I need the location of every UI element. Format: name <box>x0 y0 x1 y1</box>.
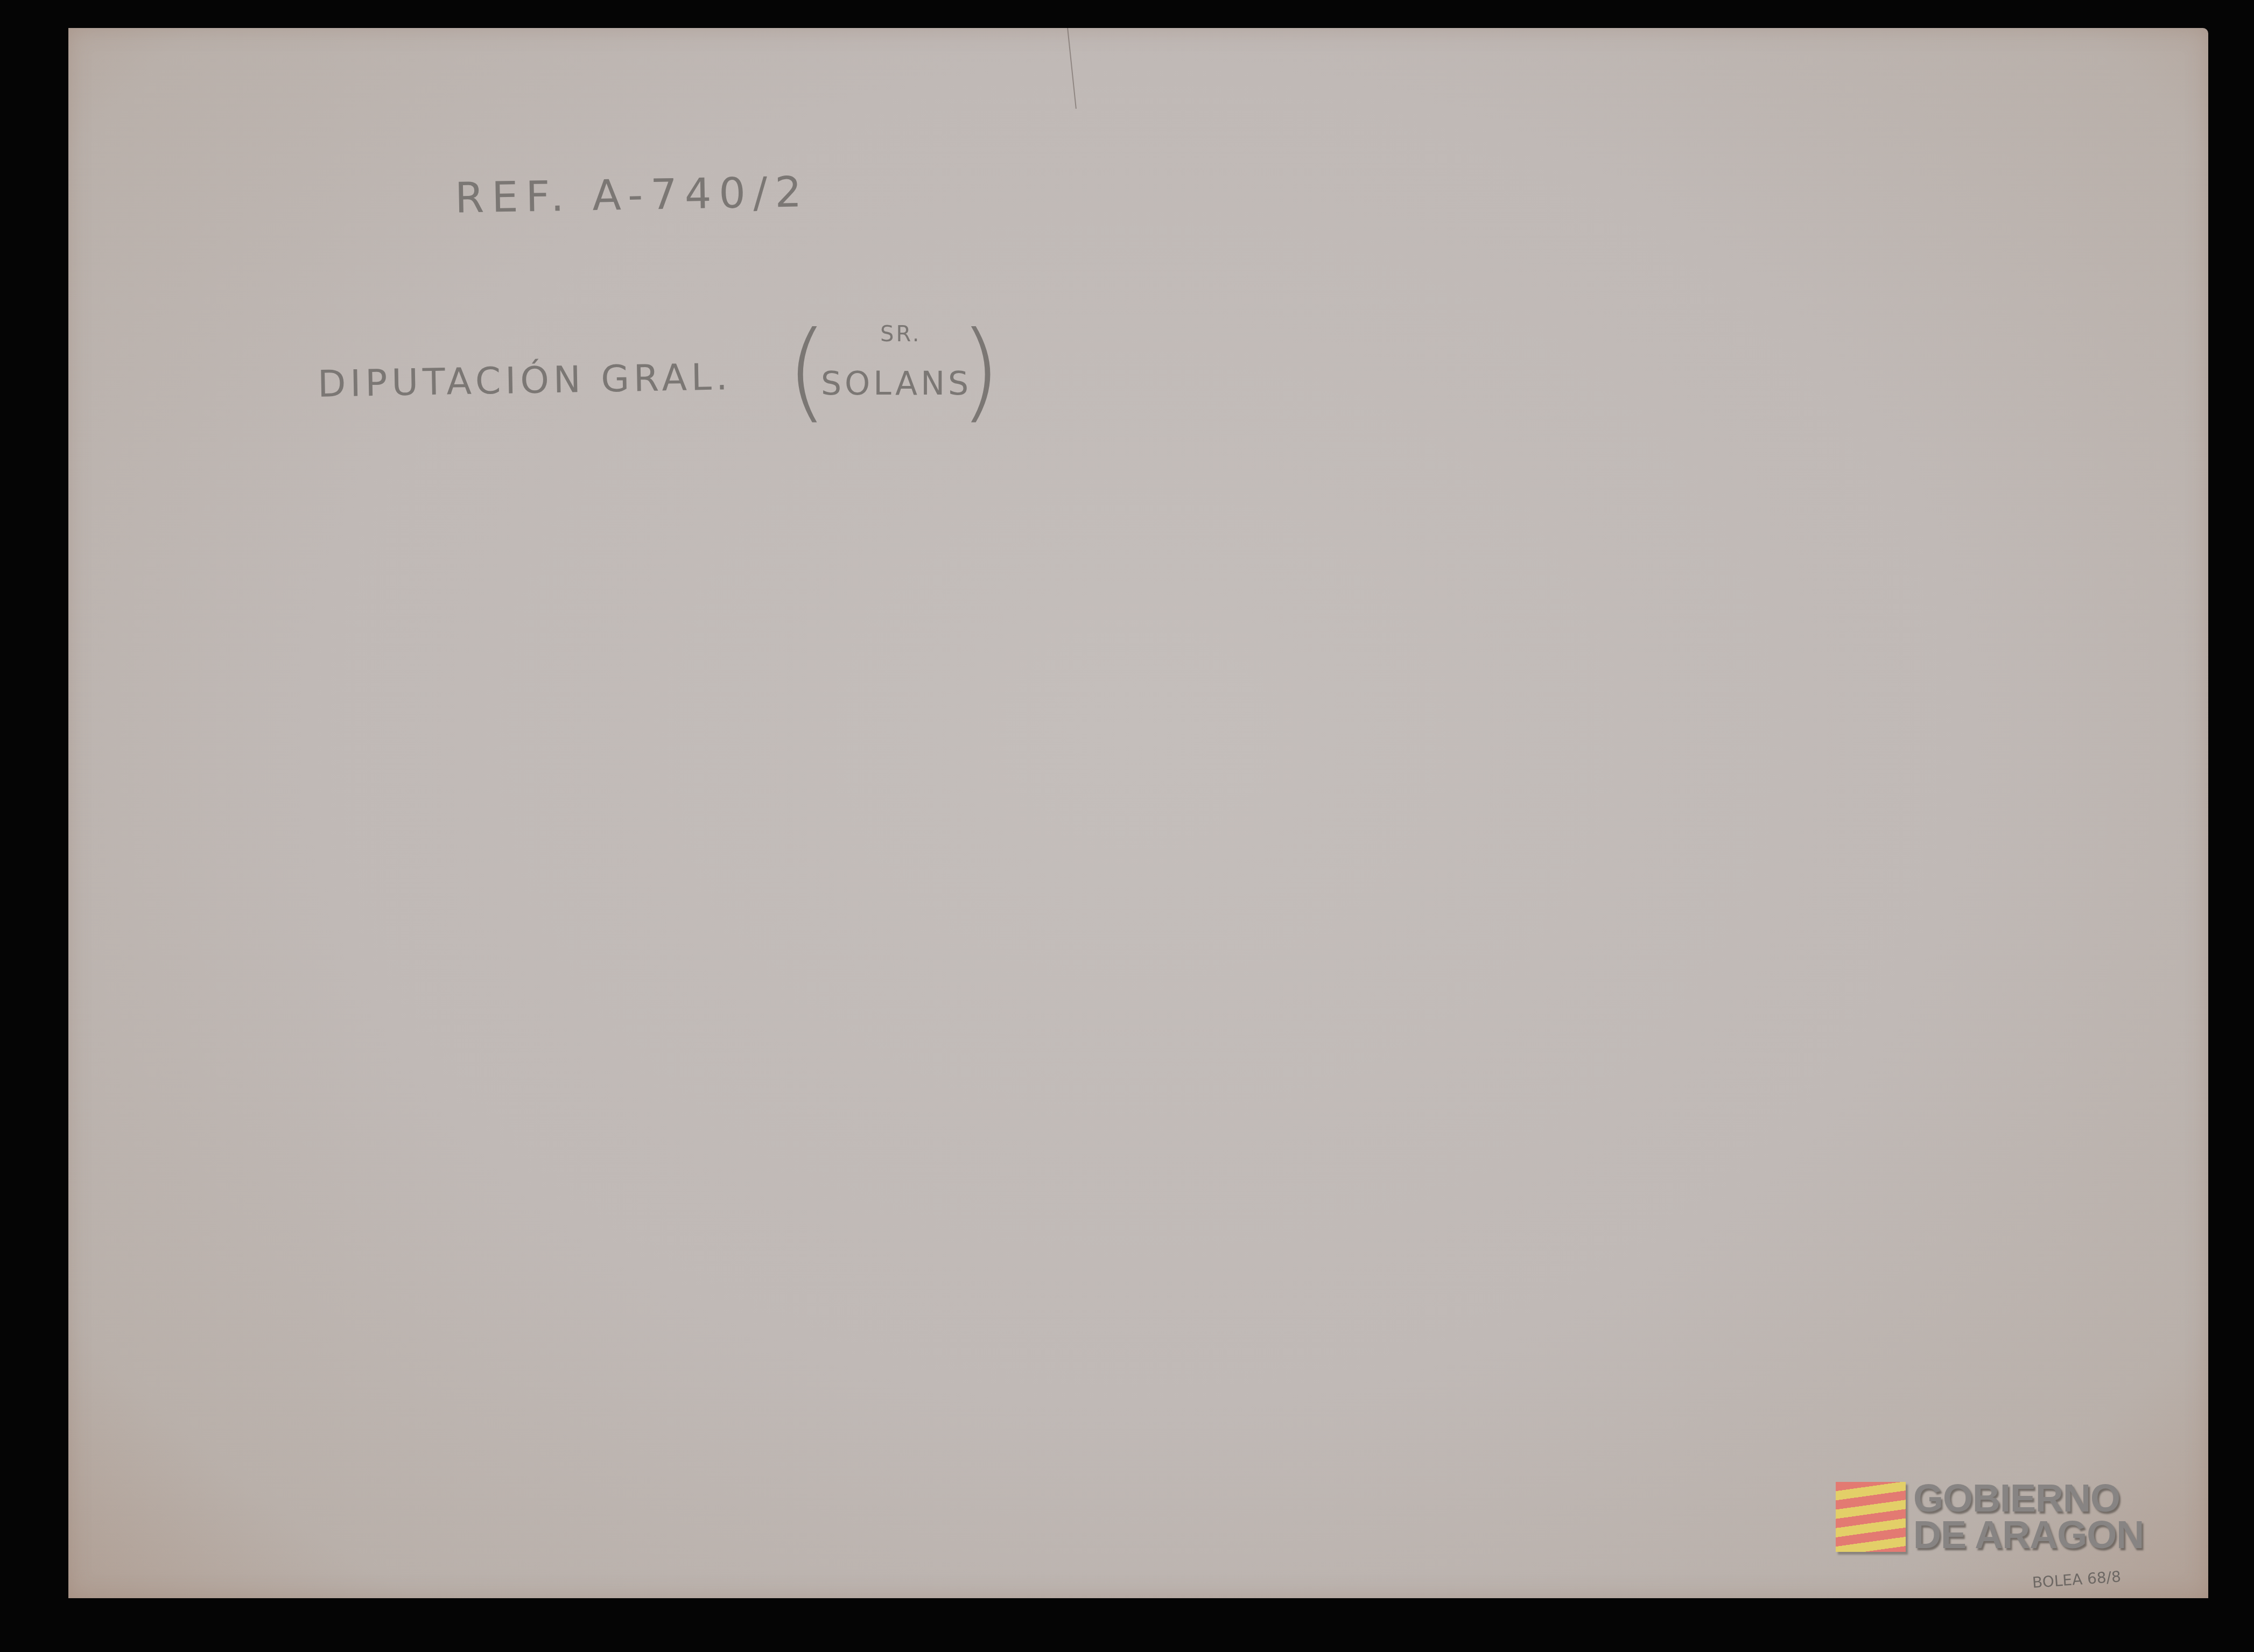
right-paren: ) <box>959 318 1001 425</box>
bracket-note: ( SR. SOLANS ) <box>786 318 1001 425</box>
bracket-title: SR. <box>880 322 921 347</box>
reference-note: REF. A-740/2 <box>454 168 809 222</box>
bracket-name: SOLANS <box>821 365 972 403</box>
paper-sheet <box>68 28 2208 1598</box>
watermark-text: GOBIERNO DE ARAGON <box>1913 1480 2144 1553</box>
aragon-flag-icon <box>1836 1482 1906 1552</box>
watermark-line2: DE ARAGON <box>1913 1517 2144 1553</box>
watermark-line1: GOBIERNO <box>1913 1480 2144 1517</box>
gobierno-aragon-watermark: GOBIERNO DE ARAGON <box>1836 1480 2144 1553</box>
description-note: DIPUTACIÓN GRAL. <box>317 356 732 405</box>
